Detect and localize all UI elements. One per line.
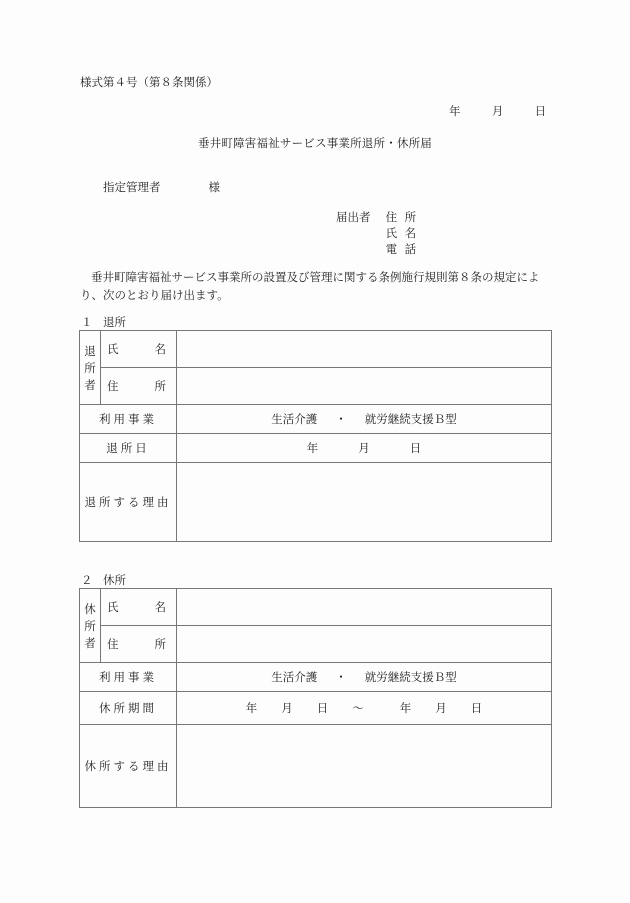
date-month-label: 月 <box>492 103 504 119</box>
suspension-period-label: 休所期間 <box>80 692 177 725</box>
withdrawal-reason-input[interactable] <box>177 463 552 542</box>
suspension-table: 休所者 氏名 住所 利用事業 生活介護・就労継続支援Ｂ型 休所期間 年月日～年月… <box>79 588 552 808</box>
section-2-heading: ２休所 <box>81 572 126 588</box>
addressee-honorific: 様 <box>209 180 221 194</box>
date-year-label: 年 <box>449 103 461 119</box>
address-input[interactable] <box>177 368 552 405</box>
withdrawal-date-label: 退所日 <box>80 434 177 463</box>
applicant-phone-field[interactable]: 電話 <box>386 241 424 257</box>
service-choice[interactable]: 生活介護・就労継続支援Ｂ型 <box>177 405 552 434</box>
document-title: 垂井町障害福祉サービス事業所退所・休所届 <box>0 135 630 151</box>
person-label: 休所者 <box>80 589 101 663</box>
section-title: 退所 <box>103 315 126 329</box>
suspension-reason-label: 休所する理由 <box>80 725 177 808</box>
service-label: 利用事業 <box>80 405 177 434</box>
name-input[interactable] <box>177 331 552 368</box>
person-label: 退所者 <box>80 331 101 405</box>
section-number: ２ <box>81 572 103 588</box>
applicant-block: 届出者 住所 氏名 電話 <box>336 209 424 257</box>
applicant-address-field[interactable]: 住所 <box>386 209 424 225</box>
submission-date: 年 月 日 <box>449 103 546 119</box>
withdrawal-table: 退所者 氏名 住所 利用事業 生活介護・就労継続支援Ｂ型 退所日 年月日 退所す… <box>79 330 552 542</box>
address-label: 住所 <box>101 626 177 663</box>
address-label: 住所 <box>101 368 177 405</box>
name-input[interactable] <box>177 589 552 626</box>
section-1-heading: １退所 <box>81 314 126 330</box>
date-day-label: 日 <box>535 103 547 119</box>
withdrawal-reason-label: 退所する理由 <box>80 463 177 542</box>
section-title: 休所 <box>103 573 126 587</box>
service-choice[interactable]: 生活介護・就労継続支援Ｂ型 <box>177 663 552 692</box>
withdrawal-date-input[interactable]: 年月日 <box>177 434 552 463</box>
address-input[interactable] <box>177 626 552 663</box>
form-number: 様式第４号（第８条関係） <box>80 74 218 90</box>
body-text: 垂井町障害福祉サービス事業所の設置及び管理に関する条例施行規則第８条の規定により… <box>80 268 560 304</box>
addressee: 指定管理者様 <box>103 179 220 195</box>
name-label: 氏名 <box>101 589 177 626</box>
applicant-label: 届出者 <box>336 209 382 225</box>
suspension-period-input[interactable]: 年月日～年月日 <box>177 692 552 725</box>
applicant-name-field[interactable]: 氏名 <box>386 225 424 241</box>
service-label: 利用事業 <box>80 663 177 692</box>
addressee-name: 指定管理者 <box>103 180 161 194</box>
suspension-reason-input[interactable] <box>177 725 552 808</box>
section-number: １ <box>81 314 103 330</box>
name-label: 氏名 <box>101 331 177 368</box>
